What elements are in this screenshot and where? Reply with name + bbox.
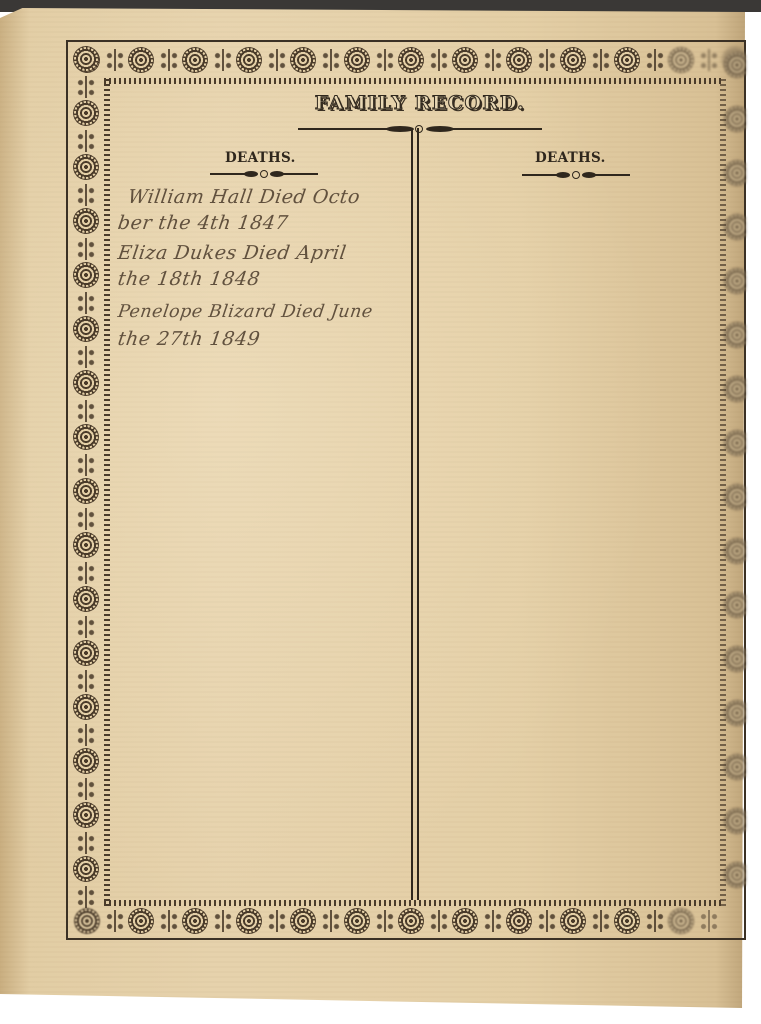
entry-line: the 27th 1849 bbox=[116, 328, 261, 350]
ornamental-border-top bbox=[70, 44, 746, 76]
inner-dotted-rule-left bbox=[104, 78, 110, 906]
ornamental-border-right bbox=[724, 44, 746, 936]
column-heading-left: DEATHS. bbox=[225, 150, 296, 166]
column-heading-right: DEATHS. bbox=[535, 150, 606, 166]
inner-dotted-rule-top bbox=[104, 78, 724, 84]
entry-line: Penelope Blizard Died June bbox=[117, 302, 375, 322]
ornamental-border-frame bbox=[66, 40, 746, 940]
ornamental-border-left bbox=[70, 44, 102, 936]
entry-line: ber the 4th 1847 bbox=[116, 212, 289, 234]
column-divider bbox=[411, 128, 419, 900]
title-ornament bbox=[298, 125, 542, 133]
entry-line: William Hall Died Octo bbox=[126, 186, 361, 208]
entry-line: Eliza Dukes Died April bbox=[116, 242, 347, 264]
entry-line: the 18th 1848 bbox=[116, 268, 261, 290]
inner-dotted-rule-bottom bbox=[104, 900, 724, 906]
inner-dotted-rule-right bbox=[720, 78, 726, 906]
ornamental-border-bottom bbox=[70, 906, 746, 936]
page-title: FAMILY RECORD. bbox=[270, 92, 570, 114]
column-heading-ornament-left bbox=[210, 170, 318, 178]
column-heading-ornament-right bbox=[522, 171, 630, 179]
